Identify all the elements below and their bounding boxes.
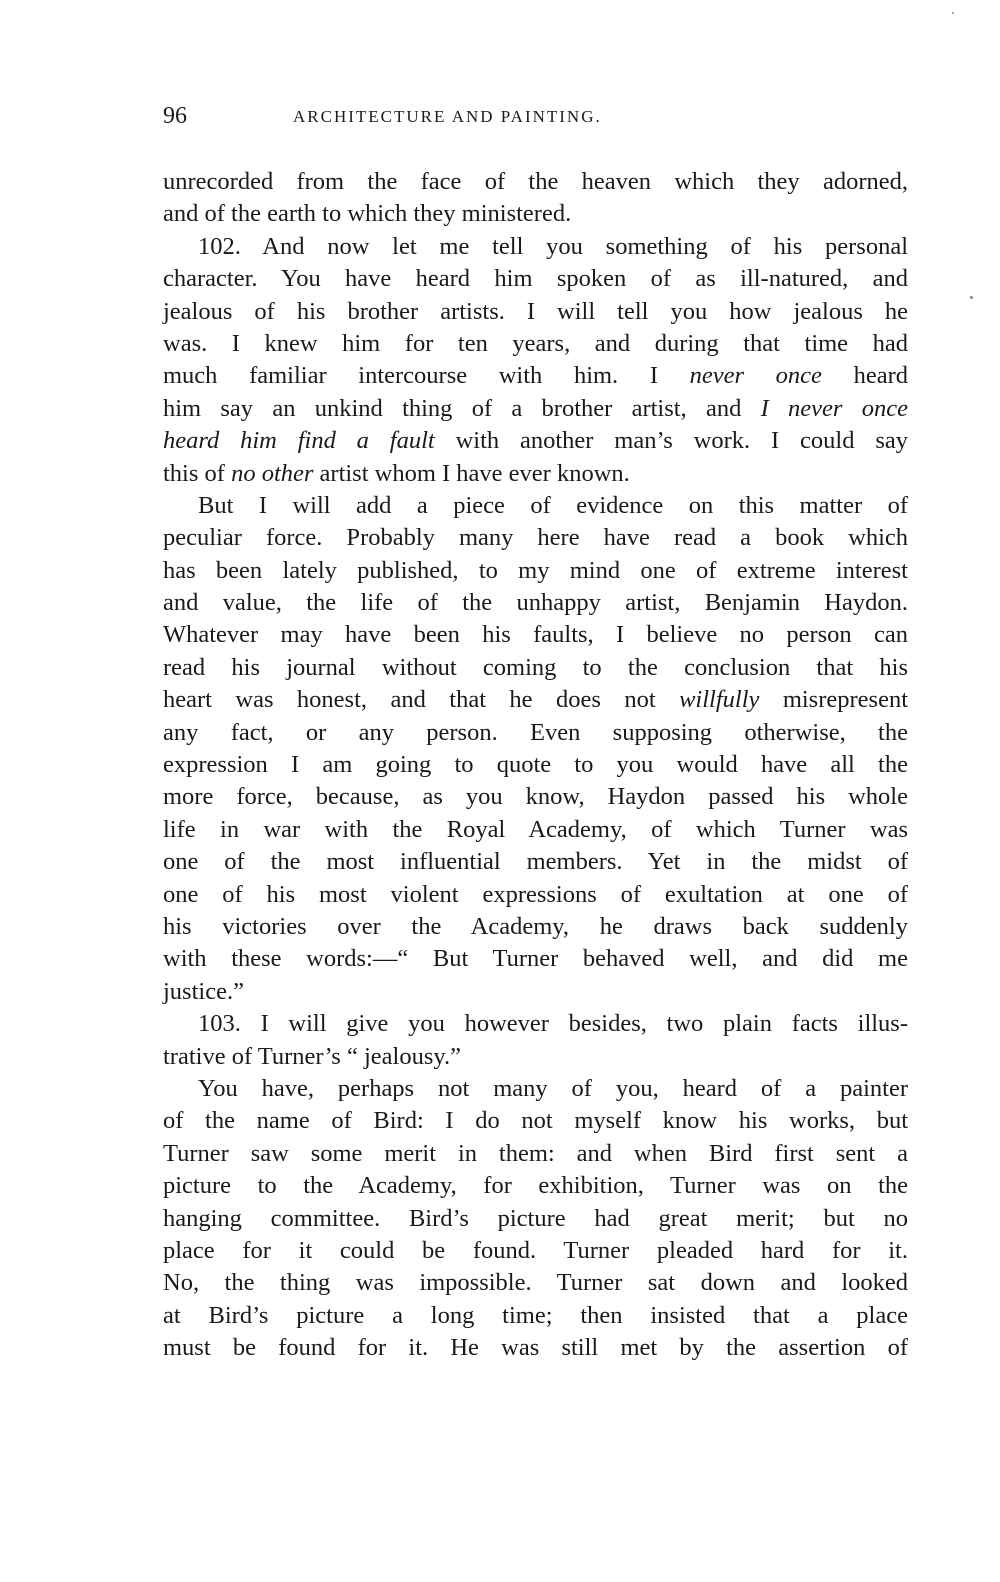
text-segment: You have, perhaps not many of you, heard… <box>198 1075 908 1102</box>
text-line: You have, perhaps not many of you, heard… <box>163 1073 908 1105</box>
text-line: Whatever may have been his faults, I bel… <box>163 619 908 651</box>
text-line: his victories over the Academy, he draws… <box>163 911 908 943</box>
text-segment: misrepresent <box>759 686 908 713</box>
text-segment: and of the earth to which they ministere… <box>163 200 571 227</box>
italic-text: no other <box>231 460 313 487</box>
italic-text: willfully <box>679 686 759 713</box>
text-line: hanging committee. Bird’s picture had gr… <box>163 1203 908 1235</box>
text-segment: 103. I will give you however besides, tw… <box>198 1010 908 1037</box>
text-segment: heart was honest, and that he does not <box>163 686 679 713</box>
text-line: peculiar force. Probably many here have … <box>163 522 908 554</box>
text-line: has been lately published, to my mind on… <box>163 555 908 587</box>
text-line: jealous of his brother artists. I will t… <box>163 296 908 328</box>
text-segment: at Bird’s picture a long time; then insi… <box>163 1302 908 1329</box>
text-segment: But I will add a piece of evidence on th… <box>198 492 908 519</box>
text-line: more force, because, as you know, Haydon… <box>163 781 908 813</box>
text-line: 103. I will give you however besides, tw… <box>163 1008 908 1040</box>
text-line: this of no other artist whom I have ever… <box>163 458 908 490</box>
text-segment: one of the most influential members. Yet… <box>163 848 908 875</box>
text-line: heard him find a fault with another man’… <box>163 425 908 457</box>
text-segment: his victories over the Academy, he draws… <box>163 913 908 940</box>
italic-text: heard him find a fault <box>163 427 435 454</box>
text-line: of the name of Bird: I do not myself kno… <box>163 1105 908 1137</box>
text-line: expression I am going to quote to you wo… <box>163 749 908 781</box>
text-line: picture to the Academy, for exhibition, … <box>163 1170 908 1202</box>
text-line: at Bird’s picture a long time; then insi… <box>163 1300 908 1332</box>
text-segment: any fact, or any person. Even supposing … <box>163 719 908 746</box>
text-segment: more force, because, as you know, Haydon… <box>163 783 908 810</box>
text-segment: much familiar intercourse with him. I <box>163 362 690 389</box>
text-segment: this of <box>163 460 231 487</box>
text-segment: hanging committee. Bird’s picture had gr… <box>163 1205 908 1232</box>
text-line: Turner saw some merit in them: and when … <box>163 1138 908 1170</box>
text-segment: unrecorded from the face of the heaven w… <box>163 168 908 195</box>
text-segment: has been lately published, to my mind on… <box>163 557 908 584</box>
text-line: was. I knew him for ten years, and durin… <box>163 328 908 360</box>
text-segment: picture to the Academy, for exhibition, … <box>163 1172 908 1199</box>
text-segment: was. I knew him for ten years, and durin… <box>163 330 908 357</box>
text-line: life in war with the Royal Academy, of w… <box>163 814 908 846</box>
text-segment: expression I am going to quote to you wo… <box>163 751 908 778</box>
text-line: one of his most violent expressions of e… <box>163 879 908 911</box>
text-line: with these words:—“ But Turner behaved w… <box>163 943 908 975</box>
text-line: and value, the life of the unhappy artis… <box>163 587 908 619</box>
body-text: unrecorded from the face of the heaven w… <box>163 166 908 1364</box>
text-segment: of the name of Bird: I do not myself kno… <box>163 1107 908 1134</box>
text-segment: justice.” <box>163 978 244 1005</box>
page-header: 96 ARCHITECTURE AND PAINTING. <box>163 103 908 133</box>
text-line: unrecorded from the face of the heaven w… <box>163 166 908 198</box>
text-segment: trative of Turner’s “ jealousy.” <box>163 1043 461 1070</box>
text-segment: life in war with the Royal Academy, of w… <box>163 816 908 843</box>
italic-text: I never once <box>761 395 908 422</box>
italic-text: never once <box>690 362 822 389</box>
text-segment: Turner saw some merit in them: and when … <box>163 1140 908 1167</box>
text-line: place for it could be found. Turner plea… <box>163 1235 908 1267</box>
text-line: character. You have heard him spoken of … <box>163 263 908 295</box>
scan-speck <box>952 12 954 14</box>
text-segment: place for it could be found. Turner plea… <box>163 1237 908 1264</box>
text-segment: him say an unkind thing of a brother art… <box>163 395 761 422</box>
text-line: much familiar intercourse with him. I ne… <box>163 360 908 392</box>
text-line: trative of Turner’s “ jealousy.” <box>163 1041 908 1073</box>
text-segment: heard <box>822 362 908 389</box>
text-segment: Whatever may have been his faults, I bel… <box>163 621 908 648</box>
text-line: one of the most influential members. Yet… <box>163 846 908 878</box>
text-line: and of the earth to which they ministere… <box>163 198 908 230</box>
text-segment: with these words:—“ But Turner behaved w… <box>163 945 908 972</box>
text-segment: peculiar force. Probably many here have … <box>163 524 908 551</box>
text-segment: read his journal without coming to the c… <box>163 654 908 681</box>
text-segment: must be found for it. He was still met b… <box>163 1334 908 1361</box>
text-segment: No, the thing was impossible. Turner sat… <box>163 1269 908 1296</box>
running-head: ARCHITECTURE AND PAINTING. <box>293 107 602 127</box>
text-line: But I will add a piece of evidence on th… <box>163 490 908 522</box>
text-line: 102. And now let me tell you something o… <box>163 231 908 263</box>
text-segment: and value, the life of the unhappy artis… <box>163 589 908 616</box>
text-segment: artist whom I have ever known. <box>313 460 629 487</box>
text-line: justice.” <box>163 976 908 1008</box>
text-segment: one of his most violent expressions of e… <box>163 881 908 908</box>
text-line: any fact, or any person. Even supposing … <box>163 717 908 749</box>
scan-speck <box>970 296 973 299</box>
text-segment: 102. And now let me tell you something o… <box>198 233 908 260</box>
page-number: 96 <box>163 103 187 130</box>
text-line: heart was honest, and that he does not w… <box>163 684 908 716</box>
text-line: read his journal without coming to the c… <box>163 652 908 684</box>
text-segment: with another man’s work. I could say <box>435 427 908 454</box>
text-line: must be found for it. He was still met b… <box>163 1332 908 1364</box>
book-page: 96 ARCHITECTURE AND PAINTING. unrecorded… <box>0 0 1000 1582</box>
text-segment: character. You have heard him spoken of … <box>163 265 908 292</box>
text-line: him say an unkind thing of a brother art… <box>163 393 908 425</box>
text-line: No, the thing was impossible. Turner sat… <box>163 1267 908 1299</box>
text-segment: jealous of his brother artists. I will t… <box>163 298 908 325</box>
